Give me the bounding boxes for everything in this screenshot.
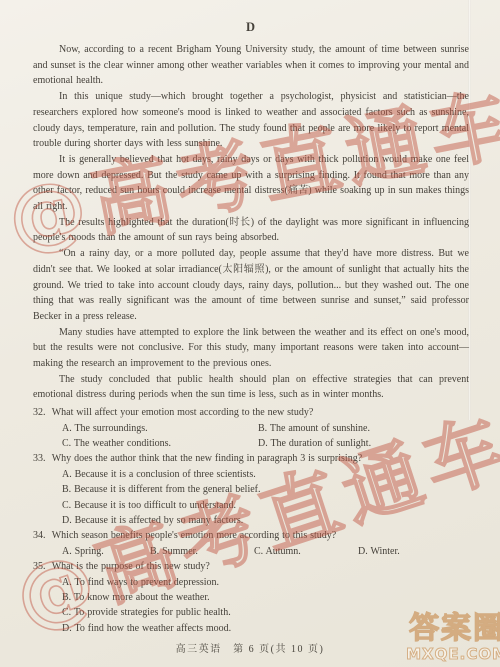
question-text: Why does the author think that the new f… <box>52 453 362 464</box>
question-option: C. To provide strategies for public heal… <box>62 605 469 620</box>
question-option: D. Winter. <box>358 544 469 559</box>
question-option: D. To find how the weather affects mood. <box>62 621 469 636</box>
question-options: A. Because it is a conclusion of three s… <box>62 467 469 529</box>
question-option: B. Summer. <box>150 544 254 559</box>
passage-paragraph: It is generally believed that hot days, … <box>33 152 469 215</box>
question-text: Which season benefits people's emotion m… <box>52 530 337 541</box>
questions-section: 32. What will affect your emotion most a… <box>33 405 469 636</box>
question-options: A. The surroundings. B. The amount of su… <box>62 421 469 452</box>
question-option: C. Because it is too difficult to unders… <box>62 498 469 513</box>
question-number: 33. <box>33 451 49 466</box>
question-number: 32. <box>33 405 49 420</box>
passage-paragraph: Now, according to a recent Brigham Young… <box>33 42 469 89</box>
question-text: What will affect your emotion most accor… <box>52 407 314 418</box>
passage-paragraph: The study concluded that public health s… <box>33 372 469 403</box>
question-option: B. Because it is different from the gene… <box>62 482 469 497</box>
question-option: A. The surroundings. <box>62 421 258 436</box>
section-label: D <box>33 20 469 35</box>
question-option: A. Spring. <box>62 544 150 559</box>
question-option: C. Autumn. <box>254 544 358 559</box>
question-option: D. The duration of sunlight. <box>258 436 469 451</box>
question-33: 33. Why does the author think that the n… <box>33 451 469 528</box>
question-option: B. The amount of sunshine. <box>258 421 469 436</box>
passage-paragraph: “On a rainy day, or a more polluted day,… <box>33 246 469 325</box>
question-line: 33. Why does the author think that the n… <box>33 451 469 466</box>
page-content: D Now, according to a recent Brigham You… <box>33 20 469 636</box>
question-34: 34. Which season benefits people's emoti… <box>33 528 469 559</box>
question-options: A. To find ways to prevent depression. B… <box>62 575 469 637</box>
passage-paragraph: In this unique study—which brought toget… <box>33 89 469 152</box>
question-line: 34. Which season benefits people's emoti… <box>33 528 469 543</box>
question-option: D. Because it is affected by so many fac… <box>62 513 469 528</box>
question-line: 35. What is the purpose of this new stud… <box>33 559 469 574</box>
question-number: 35. <box>33 559 49 574</box>
exam-page: D Now, according to a recent Brigham You… <box>0 0 500 667</box>
question-option: A. To find ways to prevent depression. <box>62 575 469 590</box>
question-35: 35. What is the purpose of this new stud… <box>33 559 469 636</box>
page-footer: 高三英语 第 6 页(共 10 页) <box>0 640 500 655</box>
passage-paragraph: The results highlighted that the duratio… <box>33 215 469 246</box>
question-number: 34. <box>33 528 49 543</box>
question-option: C. The weather conditions. <box>62 436 258 451</box>
question-text: What is the purpose of this new study? <box>52 561 210 572</box>
question-option: A. Because it is a conclusion of three s… <box>62 467 469 482</box>
question-32: 32. What will affect your emotion most a… <box>33 405 469 451</box>
question-option: B. To know more about the weather. <box>62 590 469 605</box>
passage-paragraph: Many studies have attempted to explore t… <box>33 325 469 372</box>
question-line: 32. What will affect your emotion most a… <box>33 405 469 420</box>
question-options: A. Spring. B. Summer. C. Autumn. D. Wint… <box>62 544 469 559</box>
